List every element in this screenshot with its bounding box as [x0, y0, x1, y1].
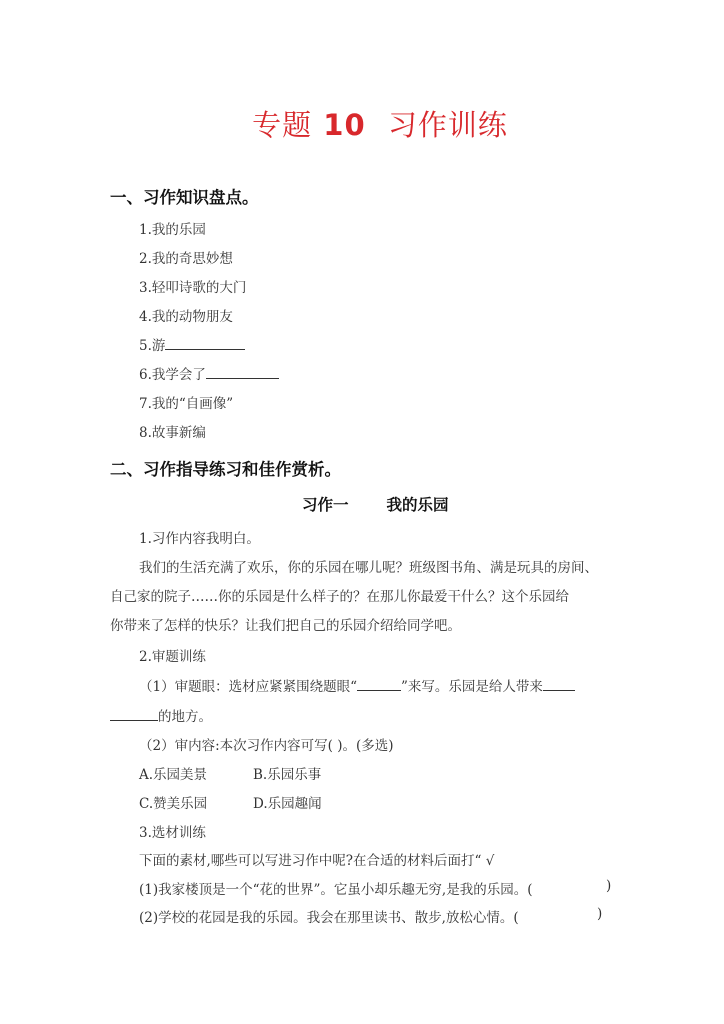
list-item: 4.我的动物朋友 [139, 305, 233, 325]
fill-blank[interactable] [206, 377, 279, 379]
option-c[interactable]: C.赞美乐园 [139, 792, 207, 812]
title-prefix: 专题 [252, 108, 312, 142]
title-suffix: 习作训练 [388, 108, 508, 142]
essay-title: 习作一我的乐园 [302, 493, 449, 515]
list-item: 2.我的奇思妙想 [139, 247, 233, 267]
fill-blank[interactable] [357, 689, 401, 691]
question-1-cont: 的地方。 [110, 705, 212, 725]
part3-heading: 3.选材训练 [139, 821, 206, 841]
page-title: 专题 10 习作训练 [0, 103, 724, 144]
question-1: （1）审题眼：选材应紧紧围绕题眼“”来写。乐园是给人带来 [139, 675, 575, 695]
list-item: 1.我的乐园 [139, 218, 206, 238]
fill-blank[interactable] [110, 719, 158, 721]
material-1: (1)我家楼顶是一个“花的世界”。它虽小却乐趣无穷,是我的乐园。( [139, 878, 532, 898]
option-d[interactable]: D.乐园趣闻 [253, 792, 322, 812]
fill-blank[interactable] [165, 348, 245, 350]
option-b[interactable]: B.乐园乐事 [253, 763, 321, 783]
section1-heading: 一、习作知识盘点。 [110, 184, 259, 208]
question-2: （2）审内容:本次习作内容可写( )。(多选) [139, 734, 394, 754]
list-item: 5.游 [139, 334, 245, 354]
part2-heading: 2.审题训练 [139, 645, 206, 665]
part1-heading: 1.习作内容我明白。 [139, 527, 260, 547]
section2-heading: 二、习作指导练习和佳作赏析。 [110, 456, 341, 480]
answer-paren-2[interactable]: ) [597, 906, 602, 922]
list-item: 8.故事新编 [139, 421, 206, 441]
option-a[interactable]: A.乐园美景 [139, 763, 207, 783]
paragraph-line: 我们的生活充满了欢乐，你的乐园在哪儿呢？班级图书角、满是玩具的房间、 [139, 556, 598, 576]
fill-blank[interactable] [543, 689, 575, 691]
list-item: 6.我学会了 [139, 363, 279, 383]
part3-intro: 下面的素材,哪些可以写进习作中呢?在合适的材料后面打“ √ [139, 849, 494, 869]
title-number: 10 [312, 108, 388, 142]
list-item: 7.我的“自画像” [139, 392, 233, 412]
answer-paren-1[interactable]: ) [606, 878, 611, 894]
material-2: (2)学校的花园是我的乐园。我会在那里读书、散步,放松心情。( [139, 906, 519, 926]
list-item: 3.轻叩诗歌的大门 [139, 276, 246, 296]
paragraph-line: 你带来了怎样的快乐？让我们把自己的乐园介绍给同学吧。 [110, 614, 461, 634]
paragraph-line: 自己家的院子……你的乐园是什么样子的？在那儿你最爱干什么？这个乐园给 [110, 585, 569, 605]
